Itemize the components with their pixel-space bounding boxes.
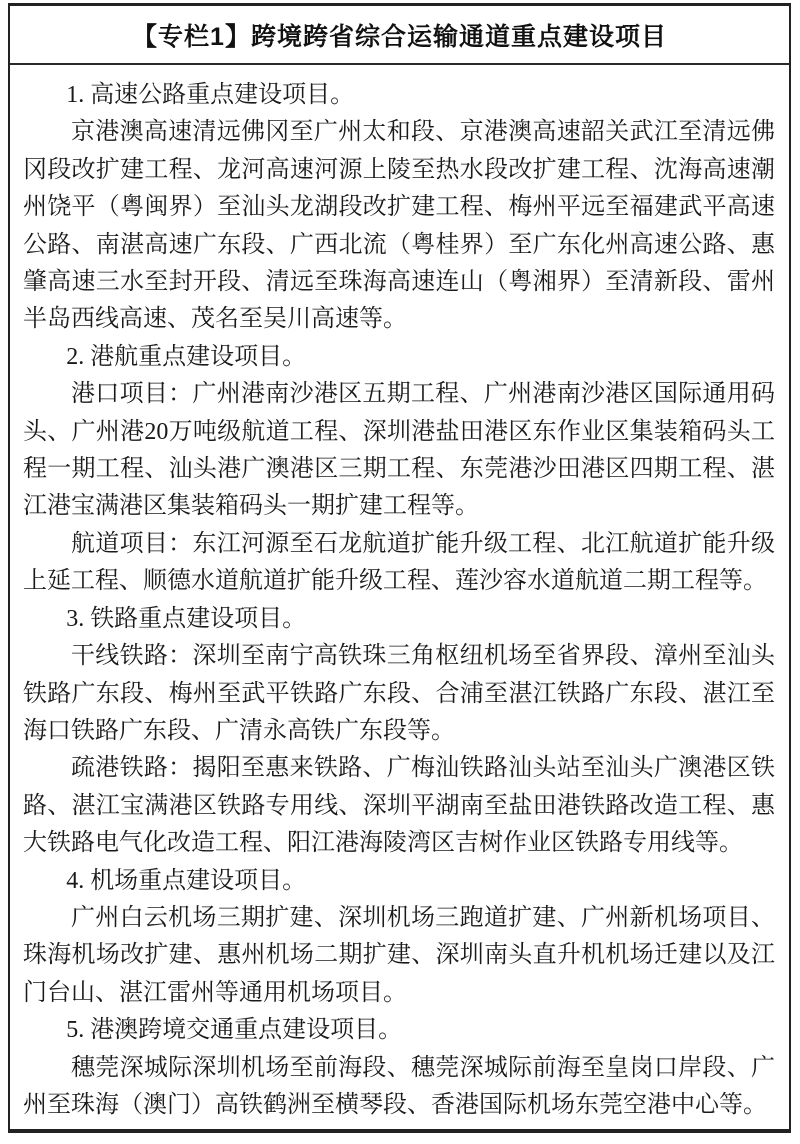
box-title-bar: 【专栏1】跨境跨省综合运输通道重点建设项目 — [10, 6, 789, 65]
section-2-heading: 2. 港航重点建设项目。 — [23, 339, 775, 376]
section-5-paragraph-1: 穗莞深城际深圳机场至前海段、穗莞深城际前海至皇岗口岸段、广州至珠海（澳门）高铁鹤… — [23, 1050, 775, 1125]
section-3-paragraph-2: 疏港铁路：揭阳至惠来铁路、广梅汕铁路汕头站至汕头广澳港区铁路、湛江宝满港区铁路专… — [23, 750, 775, 862]
section-2-paragraph-1: 港口项目：广州港南沙港区五期工程、广州港南沙港区国际通用码头、广州港20万吨级航… — [23, 376, 775, 526]
section-3-heading: 3. 铁路重点建设项目。 — [23, 601, 775, 638]
section-5-heading: 5. 港澳跨境交通重点建设项目。 — [23, 1012, 775, 1049]
section-3-paragraph-1: 干线铁路：深圳至南宁高铁珠三角枢纽机场至省界段、漳州至汕头铁路广东段、梅州至武平… — [23, 638, 775, 750]
section-4-paragraph-1: 广州白云机场三期扩建、深圳机场三跑道扩建、广州新机场项目、珠海机场改扩建、惠州机… — [23, 900, 775, 1012]
box-title: 【专栏1】跨境跨省综合运输通道重点建设项目 — [132, 17, 667, 53]
section-2-paragraph-2: 航道项目：东江河源至石龙航道扩能升级工程、北江航道扩能升级上延工程、顺德水道航道… — [23, 526, 775, 601]
document-page: 【专栏1】跨境跨省综合运输通道重点建设项目 1. 高速公路重点建设项目。 京港澳… — [0, 0, 800, 1144]
box-body: 1. 高速公路重点建设项目。 京港澳高速清远佛冈至广州太和段、京港澳高速韶关武江… — [10, 65, 789, 1129]
column-box: 【专栏1】跨境跨省综合运输通道重点建设项目 1. 高速公路重点建设项目。 京港澳… — [8, 3, 791, 1133]
section-1-paragraph-1: 京港澳高速清远佛冈至广州太和段、京港澳高速韶关武江至清远佛冈段改扩建工程、龙河高… — [23, 114, 775, 338]
section-1-heading: 1. 高速公路重点建设项目。 — [23, 77, 775, 114]
section-4-heading: 4. 机场重点建设项目。 — [23, 863, 775, 900]
